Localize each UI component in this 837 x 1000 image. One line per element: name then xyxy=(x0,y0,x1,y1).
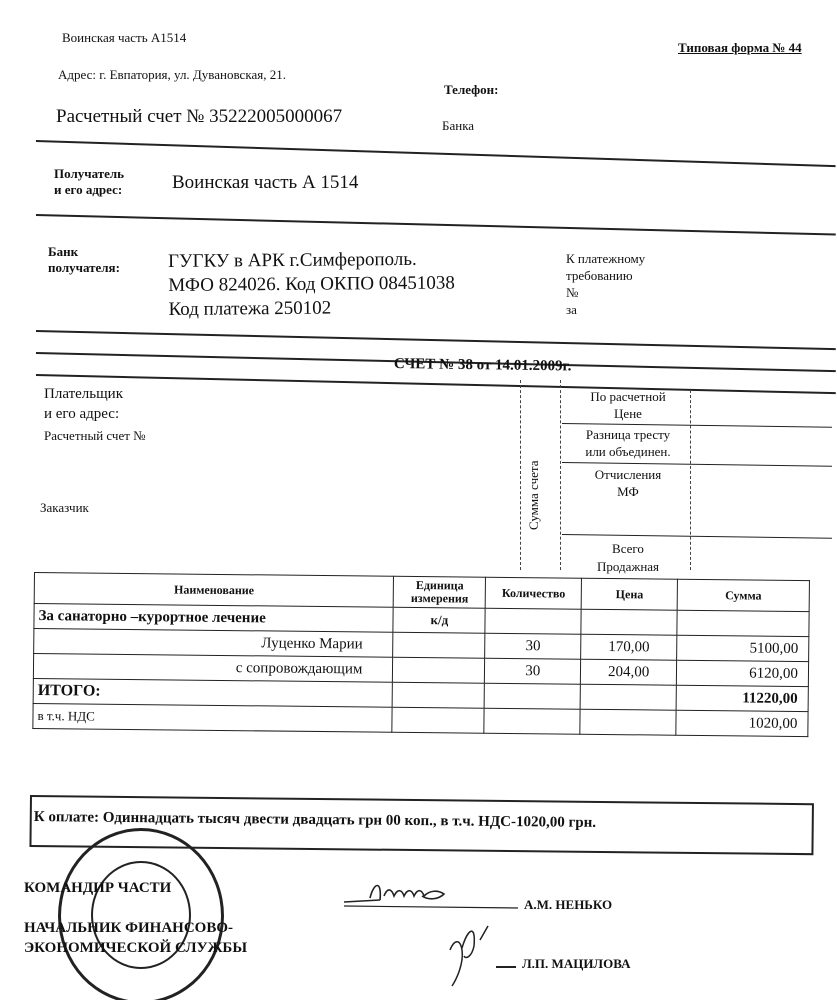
cell-unit xyxy=(393,632,485,658)
summary-divider xyxy=(560,380,561,570)
empty-cell xyxy=(392,707,484,733)
summary-row-line1: Всего xyxy=(570,540,686,558)
cell-qty xyxy=(485,608,581,634)
commander-signature-icon xyxy=(340,872,520,912)
vat-value: 1020,00 xyxy=(676,710,808,736)
bank-recipient-label-line2: получателя: xyxy=(48,260,120,276)
cell-unit: к/д xyxy=(393,607,485,633)
summary-row-line1: Разница тресту xyxy=(566,426,690,443)
items-table: Наименование Единицаизмерения Количество… xyxy=(32,572,810,737)
summary-divider xyxy=(520,380,521,570)
empty-cell xyxy=(580,709,676,735)
finance-label-line2: ЭКОНОМИЧЕСКОЙ СЛУЖБЫ xyxy=(24,940,247,957)
cell-price xyxy=(581,609,677,635)
summary-row-calc-price: По расчетной Цене xyxy=(570,388,686,422)
total-label: ИТОГО: xyxy=(33,678,393,707)
col-qty-header: Количество xyxy=(485,577,581,609)
payer-label-line2: и его адрес: xyxy=(44,404,123,424)
cell-sum: 6120,00 xyxy=(676,660,808,686)
col-unit-header: Единицаизмерения xyxy=(394,576,486,608)
payment-request-for: за xyxy=(566,301,645,318)
summary-row-line2: Цене xyxy=(570,405,686,422)
divider xyxy=(36,330,836,350)
commander-name: А.М. НЕНЬКО xyxy=(524,897,612,913)
phone-label: Телефон: xyxy=(444,82,498,98)
payment-amount-words: Одиннадцать тысяч двести двадцать грн 00… xyxy=(103,810,596,831)
cell-sum: 5100,00 xyxy=(677,635,809,661)
col-price-header: Цена xyxy=(581,578,677,610)
col-name-header: Наименование xyxy=(34,573,394,608)
vat-label: в т.ч. НДС xyxy=(33,703,393,732)
total-value: 11220,00 xyxy=(676,685,808,711)
customer-label: Заказчик xyxy=(40,500,89,516)
cell-name: с сопровождающим xyxy=(33,654,393,683)
payment-request-line2: требованию xyxy=(566,267,645,284)
bank-details-line1: ГУГКУ в АРК г.Симферополь. xyxy=(168,247,455,273)
col-unit-header-line2: измерения xyxy=(411,591,469,606)
summary-row-mf-deduction: Отчисления МФ xyxy=(570,466,686,500)
summary-row-line2: МФ xyxy=(570,483,686,500)
official-stamp xyxy=(58,828,224,1000)
recipient-label: Получатель и его адрес: xyxy=(54,166,124,198)
summary-row-line1: Отчисления xyxy=(570,466,686,483)
payment-request-number: № xyxy=(566,284,645,301)
account-number: Расчетный счет № 35222005000067 xyxy=(56,106,342,128)
payer-account-label: Расчетный счет № xyxy=(44,428,146,444)
cell-qty: 30 xyxy=(485,658,581,684)
payer-label: Плательщик и его адрес: xyxy=(44,384,123,424)
recipient-label-line1: Получатель xyxy=(54,166,124,182)
empty-cell xyxy=(484,683,580,709)
cell-price: 170,00 xyxy=(581,634,677,660)
empty-cell xyxy=(580,684,676,710)
cell-name: Луценко Марии xyxy=(34,629,394,658)
divider xyxy=(36,140,836,167)
summary-row-line2: или объединен. xyxy=(566,443,690,460)
form-title: Типовая форма № 44 xyxy=(678,40,802,56)
bank-details-line3: Код платежа 250102 xyxy=(168,295,455,321)
invoice-title: СЧЕТ № 38 от 14.01.2009г. xyxy=(394,356,572,375)
payment-request: К платежному требованию № за xyxy=(566,250,645,318)
payment-request-line1: К платежному xyxy=(566,250,645,267)
finance-label-line1: НАЧАЛЬНИК ФИНАНСОВО- xyxy=(24,920,233,937)
summary-row-trust-diff: Разница тресту или объединен. xyxy=(566,426,690,460)
summary-row-total-sale: Всего Продажная xyxy=(570,540,686,576)
summary-row-divider xyxy=(562,534,832,539)
summary-divider xyxy=(690,390,691,570)
cell-name: За санаторно –курортное лечение xyxy=(34,604,394,633)
org-name: Воинская часть А1514 xyxy=(62,30,186,46)
finance-signature-icon xyxy=(440,920,500,990)
payment-label: К оплате: xyxy=(34,809,99,826)
col-sum-header: Сумма xyxy=(677,579,809,611)
payer-label-line1: Плательщик xyxy=(44,384,123,404)
org-address: Адрес: г. Евпатория, ул. Дувановская, 21… xyxy=(58,67,286,83)
bank-recipient-label: Банк получателя: xyxy=(48,244,120,276)
payment-text: К оплате: Одиннадцать тысяч двести двадц… xyxy=(34,809,596,832)
finance-name: Л.П. МАЦИЛОВА xyxy=(522,956,630,972)
empty-cell xyxy=(484,708,580,734)
summary-row-line1: По расчетной xyxy=(570,388,686,405)
bank-details-line2: МФО 824026. Код ОКПО 08451038 xyxy=(168,271,455,297)
summary-row-line2: Продажная xyxy=(570,558,686,576)
recipient-value: Воинская часть А 1514 xyxy=(172,172,358,194)
cell-sum xyxy=(677,610,809,636)
recipient-label-line2: и его адрес: xyxy=(54,182,124,198)
cell-price: 204,00 xyxy=(581,659,677,685)
commander-label: КОМАНДИР ЧАСТИ xyxy=(24,880,171,897)
divider xyxy=(36,374,836,394)
bank-label: Банка xyxy=(442,118,474,134)
bank-recipient-label-line1: Банк xyxy=(48,244,120,260)
bank-details: ГУГКУ в АРК г.Симферополь. МФО 824026. К… xyxy=(168,247,455,321)
cell-unit xyxy=(393,657,485,683)
cell-qty: 30 xyxy=(485,633,581,659)
summary-vertical-label: Сумма счета xyxy=(526,461,542,531)
finance-signature-line xyxy=(496,966,516,968)
divider xyxy=(36,214,836,236)
empty-cell xyxy=(393,682,485,708)
